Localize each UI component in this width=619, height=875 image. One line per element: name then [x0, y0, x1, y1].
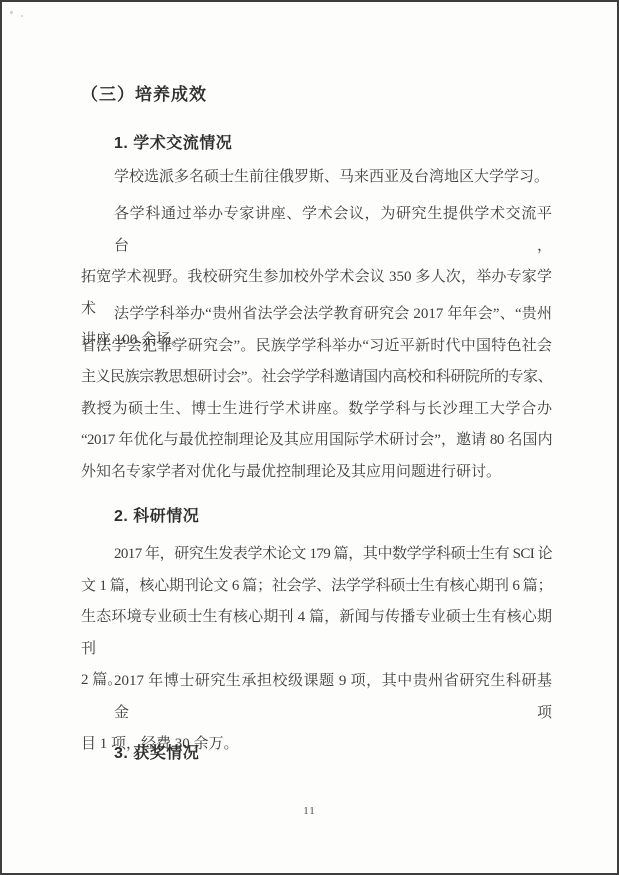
text-line: 主义民族宗教思想研讨会”。社会学学科邀请国内高校和科研院所的专家、 [81, 362, 552, 394]
text-line: 2017 年博士研究生承担校级课题 9 项，其中贵州省研究生科研基金项 [81, 666, 552, 729]
text-line: 2017 年，研究生发表学术论文 179 篇，其中数学学科硕士生有 SCI 论 [81, 539, 552, 571]
paragraph: 学校选派多名硕士生前往俄罗斯、马来西亚及台湾地区大学学习。 [81, 162, 552, 194]
text-line: 省法学会犯罪学研究会”。民族学学科举办“习近平新时代中国特色社会 [81, 331, 552, 363]
text-line: 法学学科举办“贵州省法学会法学教育研究会 2017 年年会”、“贵州 [81, 299, 552, 331]
scan-artifact [21, 15, 23, 17]
text-line: 文 1 篇，核心期刊论文 6 篇；社会学、法学学科硕士生有核心期刊 6 篇； [81, 571, 552, 603]
paragraph: 法学学科举办“贵州省法学会法学教育研究会 2017 年年会”、“贵州 省法学会犯… [81, 299, 552, 488]
text-line: 各学科通过举办专家讲座、学术会议，为研究生提供学术交流平台， [81, 199, 552, 262]
text-line: 学校选派多名硕士生前往俄罗斯、马来西亚及台湾地区大学学习。 [81, 162, 552, 194]
scan-artifact [10, 11, 13, 14]
text-line: 生态环境专业硕士生有核心期刊 4 篇，新闻与传播专业硕士生有核心期刊 [81, 602, 552, 665]
text-line: “2017 年优化与最优控制理论及其应用国际学术研讨会”，邀请 80 名国内 [81, 425, 552, 457]
subsection-heading-academic-exchange: 1. 学术交流情况 [81, 130, 585, 153]
subsection-heading-awards: 3. 获奖情况 [81, 740, 585, 763]
text-line: 教授为硕士生、博士生进行学术讲座。数学学科与长沙理工大学合办 [81, 394, 552, 426]
subsection-heading-research: 2. 科研情况 [81, 503, 585, 526]
text-line: 外知名专家学者对优化与最优控制理论及其应用问题进行研讨。 [81, 457, 552, 489]
document-page: （三）培养成效 1. 学术交流情况 学校选派多名硕士生前往俄罗斯、马来西亚及台湾… [0, 0, 619, 875]
page-number: 11 [2, 805, 617, 817]
section-heading: （三）培养成效 [81, 80, 552, 105]
